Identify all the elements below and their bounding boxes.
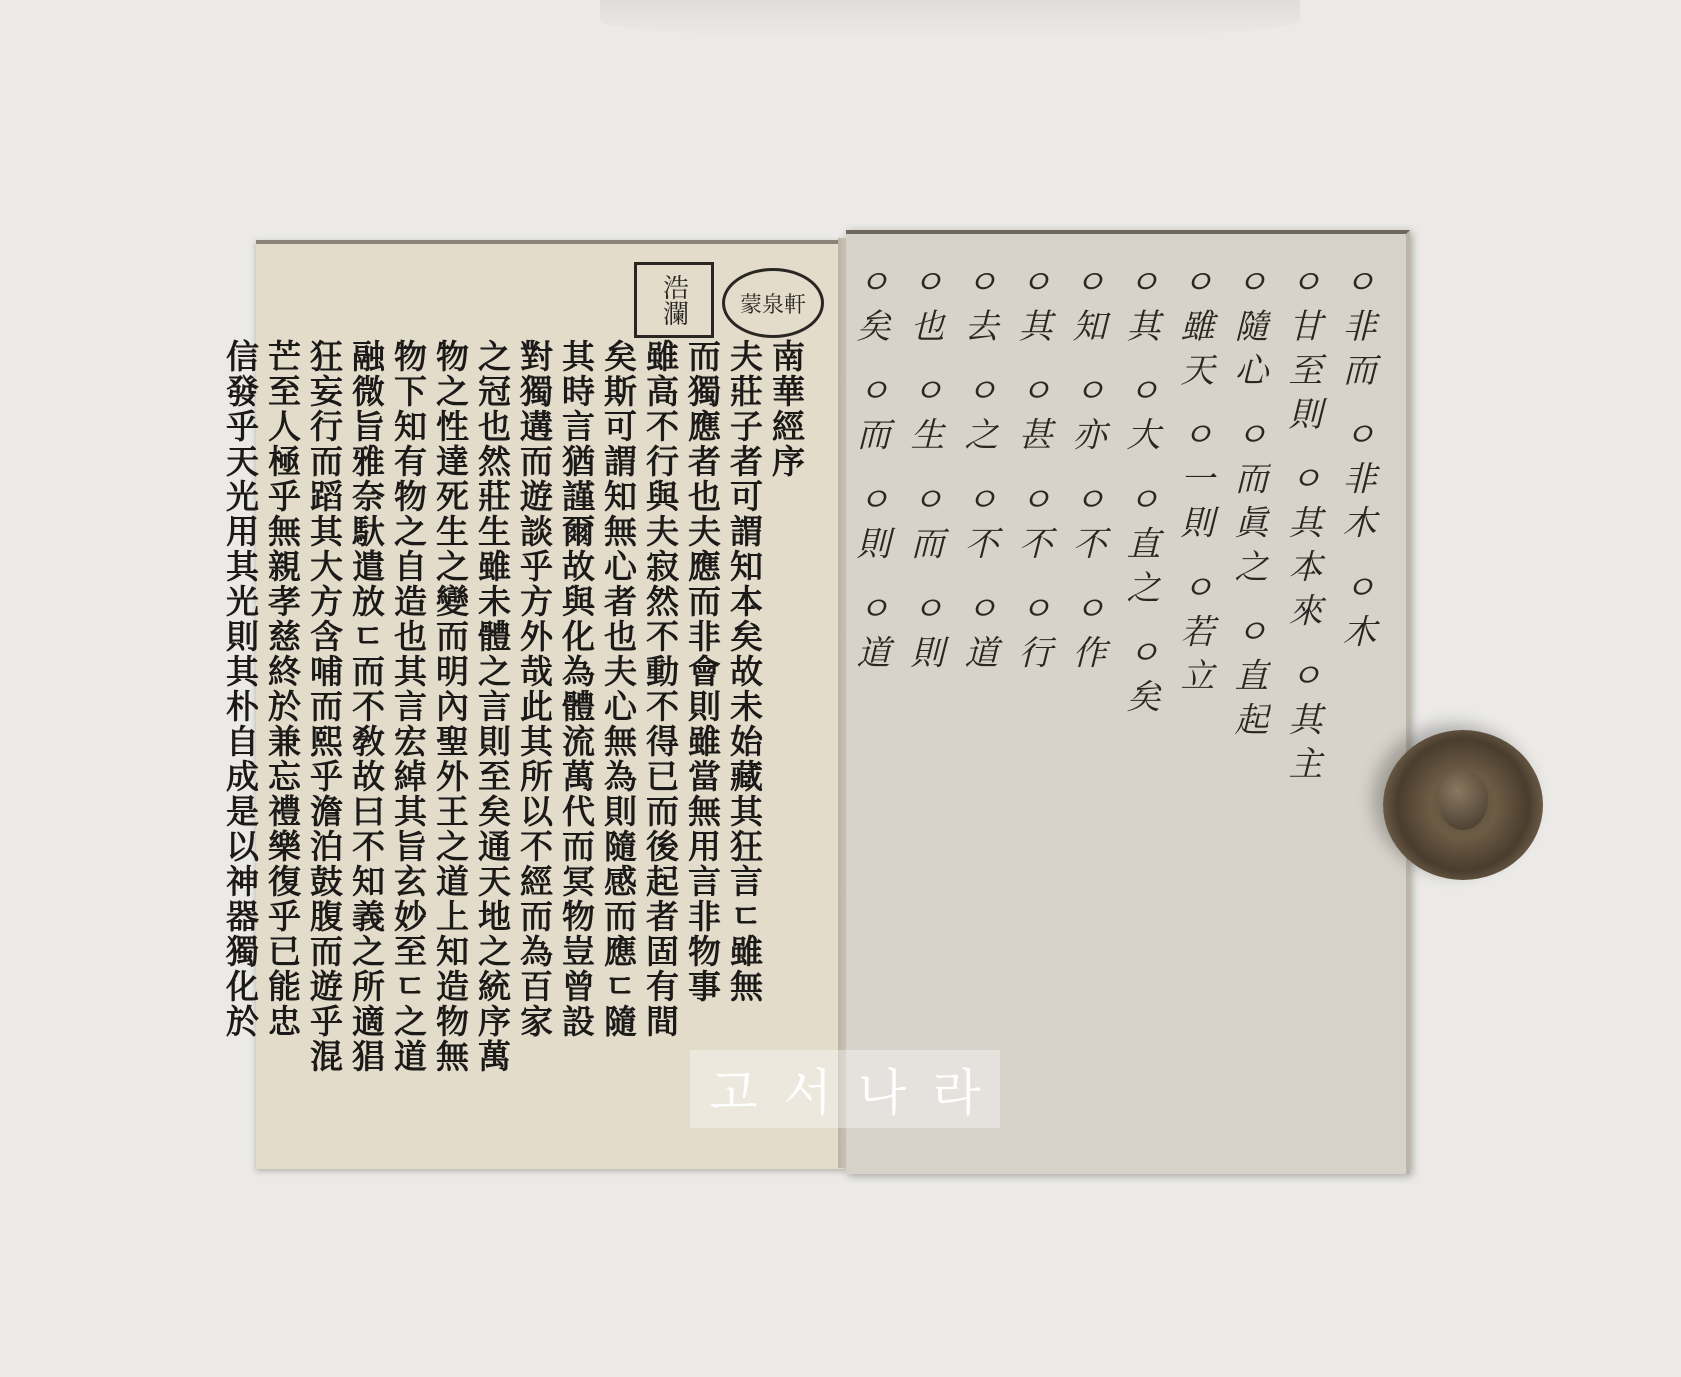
watermark: 고 서 나 라 [690, 1050, 1000, 1128]
text-column: 物下知有物之自造也其言宏綽其旨玄妙至ㄷ之道 [388, 339, 428, 1074]
handwritten-column: ㅇ其 ㅇ大 ㅇ直之 ㅇ矣 [1120, 264, 1160, 790]
text-column: 芒至人極乎無親孝慈終於兼忘禮樂復乎已能忠 [262, 339, 302, 1074]
text-column: 狂妄行而蹈其大方含哺而熙乎澹泊鼓腹而遊乎混 [304, 339, 344, 1074]
handwritten-columns: ㅇ非而 ㅇ非木 ㅇ木 ㅇ甘至則 ㅇ其本來 ㅇ其主 ㅇ隨心 ㅇ而眞之 ㅇ直起 ㅇ雖… [850, 264, 1376, 790]
handwritten-column: ㅇ甘至則 ㅇ其本來 ㅇ其主 [1282, 264, 1322, 790]
text-column: 對獨遘而遊談乎方外哉此其所以不經而為百家 [514, 339, 554, 1074]
text-column: 矣斯可謂知無心者也夫心無為則隨感而應ㄷ隨 [598, 339, 638, 1074]
handwritten-column: ㅇ去 ㅇ之 ㅇ不 ㅇ道 [958, 264, 998, 790]
watermark-char: 고 [709, 1053, 757, 1125]
oval-seal: 蒙泉軒 [722, 268, 824, 338]
left-page: 浩瀾 蒙泉軒 南華經序 夫莊子者可謂知本矣故未始藏其狂言ㄷ雖無 而獨應者也夫應而… [256, 240, 846, 1169]
handwritten-column: ㅇ也 ㅇ生 ㅇ而 ㅇ則 [904, 264, 944, 790]
text-column: 雖高不行與夫寂然不動不得已而後起者固有間 [640, 339, 680, 1074]
text-column-title: 南華經序 [766, 339, 806, 1074]
weight-knob [1438, 770, 1488, 830]
watermark-char: 나 [858, 1053, 906, 1125]
text-column: 夫莊子者可謂知本矣故未始藏其狂言ㄷ雖無 [724, 339, 764, 1074]
handwritten-column: ㅇ雖天 ㅇ一則 ㅇ若立 [1174, 264, 1214, 790]
handwritten-column: ㅇ其 ㅇ甚 ㅇ不 ㅇ行 [1012, 264, 1052, 790]
text-column: 之冠也然莊生雖未體之言則至矣通天地之統序萬 [472, 339, 512, 1074]
watermark-char: 서 [784, 1053, 832, 1125]
printed-text-columns: 南華經序 夫莊子者可謂知本矣故未始藏其狂言ㄷ雖無 而獨應者也夫應而非會則雖當無用… [220, 339, 806, 1074]
text-column: 融微旨雅奈馱遣放ㄷ而不敎故曰不知義之所適猖 [346, 339, 386, 1074]
text-column: 而獨應者也夫應而非會則雖當無用言非物事 [682, 339, 722, 1074]
handwritten-column: ㅇ知 ㅇ亦 ㅇ不 ㅇ作 [1066, 264, 1106, 790]
right-page: ㅇ非而 ㅇ非木 ㅇ木 ㅇ甘至則 ㅇ其本來 ㅇ其主 ㅇ隨心 ㅇ而眞之 ㅇ直起 ㅇ雖… [846, 230, 1410, 1174]
handwritten-column: ㅇ非而 ㅇ非木 ㅇ木 [1336, 264, 1376, 790]
watermark-char: 라 [932, 1053, 980, 1125]
square-seal: 浩瀾 [634, 262, 714, 338]
brass-weight [1383, 730, 1543, 880]
handwritten-column: ㅇ隨心 ㅇ而眞之 ㅇ直起 [1228, 264, 1268, 790]
open-book: 浩瀾 蒙泉軒 南華經序 夫莊子者可謂知本矣故未始藏其狂言ㄷ雖無 而獨應者也夫應而… [0, 0, 1681, 1377]
handwritten-column: ㅇ矣 ㅇ而 ㅇ則 ㅇ道 [850, 264, 890, 790]
text-column: 信發乎天光用其光則其朴自成是以神器獨化於 [220, 339, 260, 1074]
text-column: 其時言猶謹爾故與化為體流萬代而冥物豈曾設 [556, 339, 596, 1074]
text-column: 物之性達死生之變而明內聖外王之道上知造物無 [430, 339, 470, 1074]
